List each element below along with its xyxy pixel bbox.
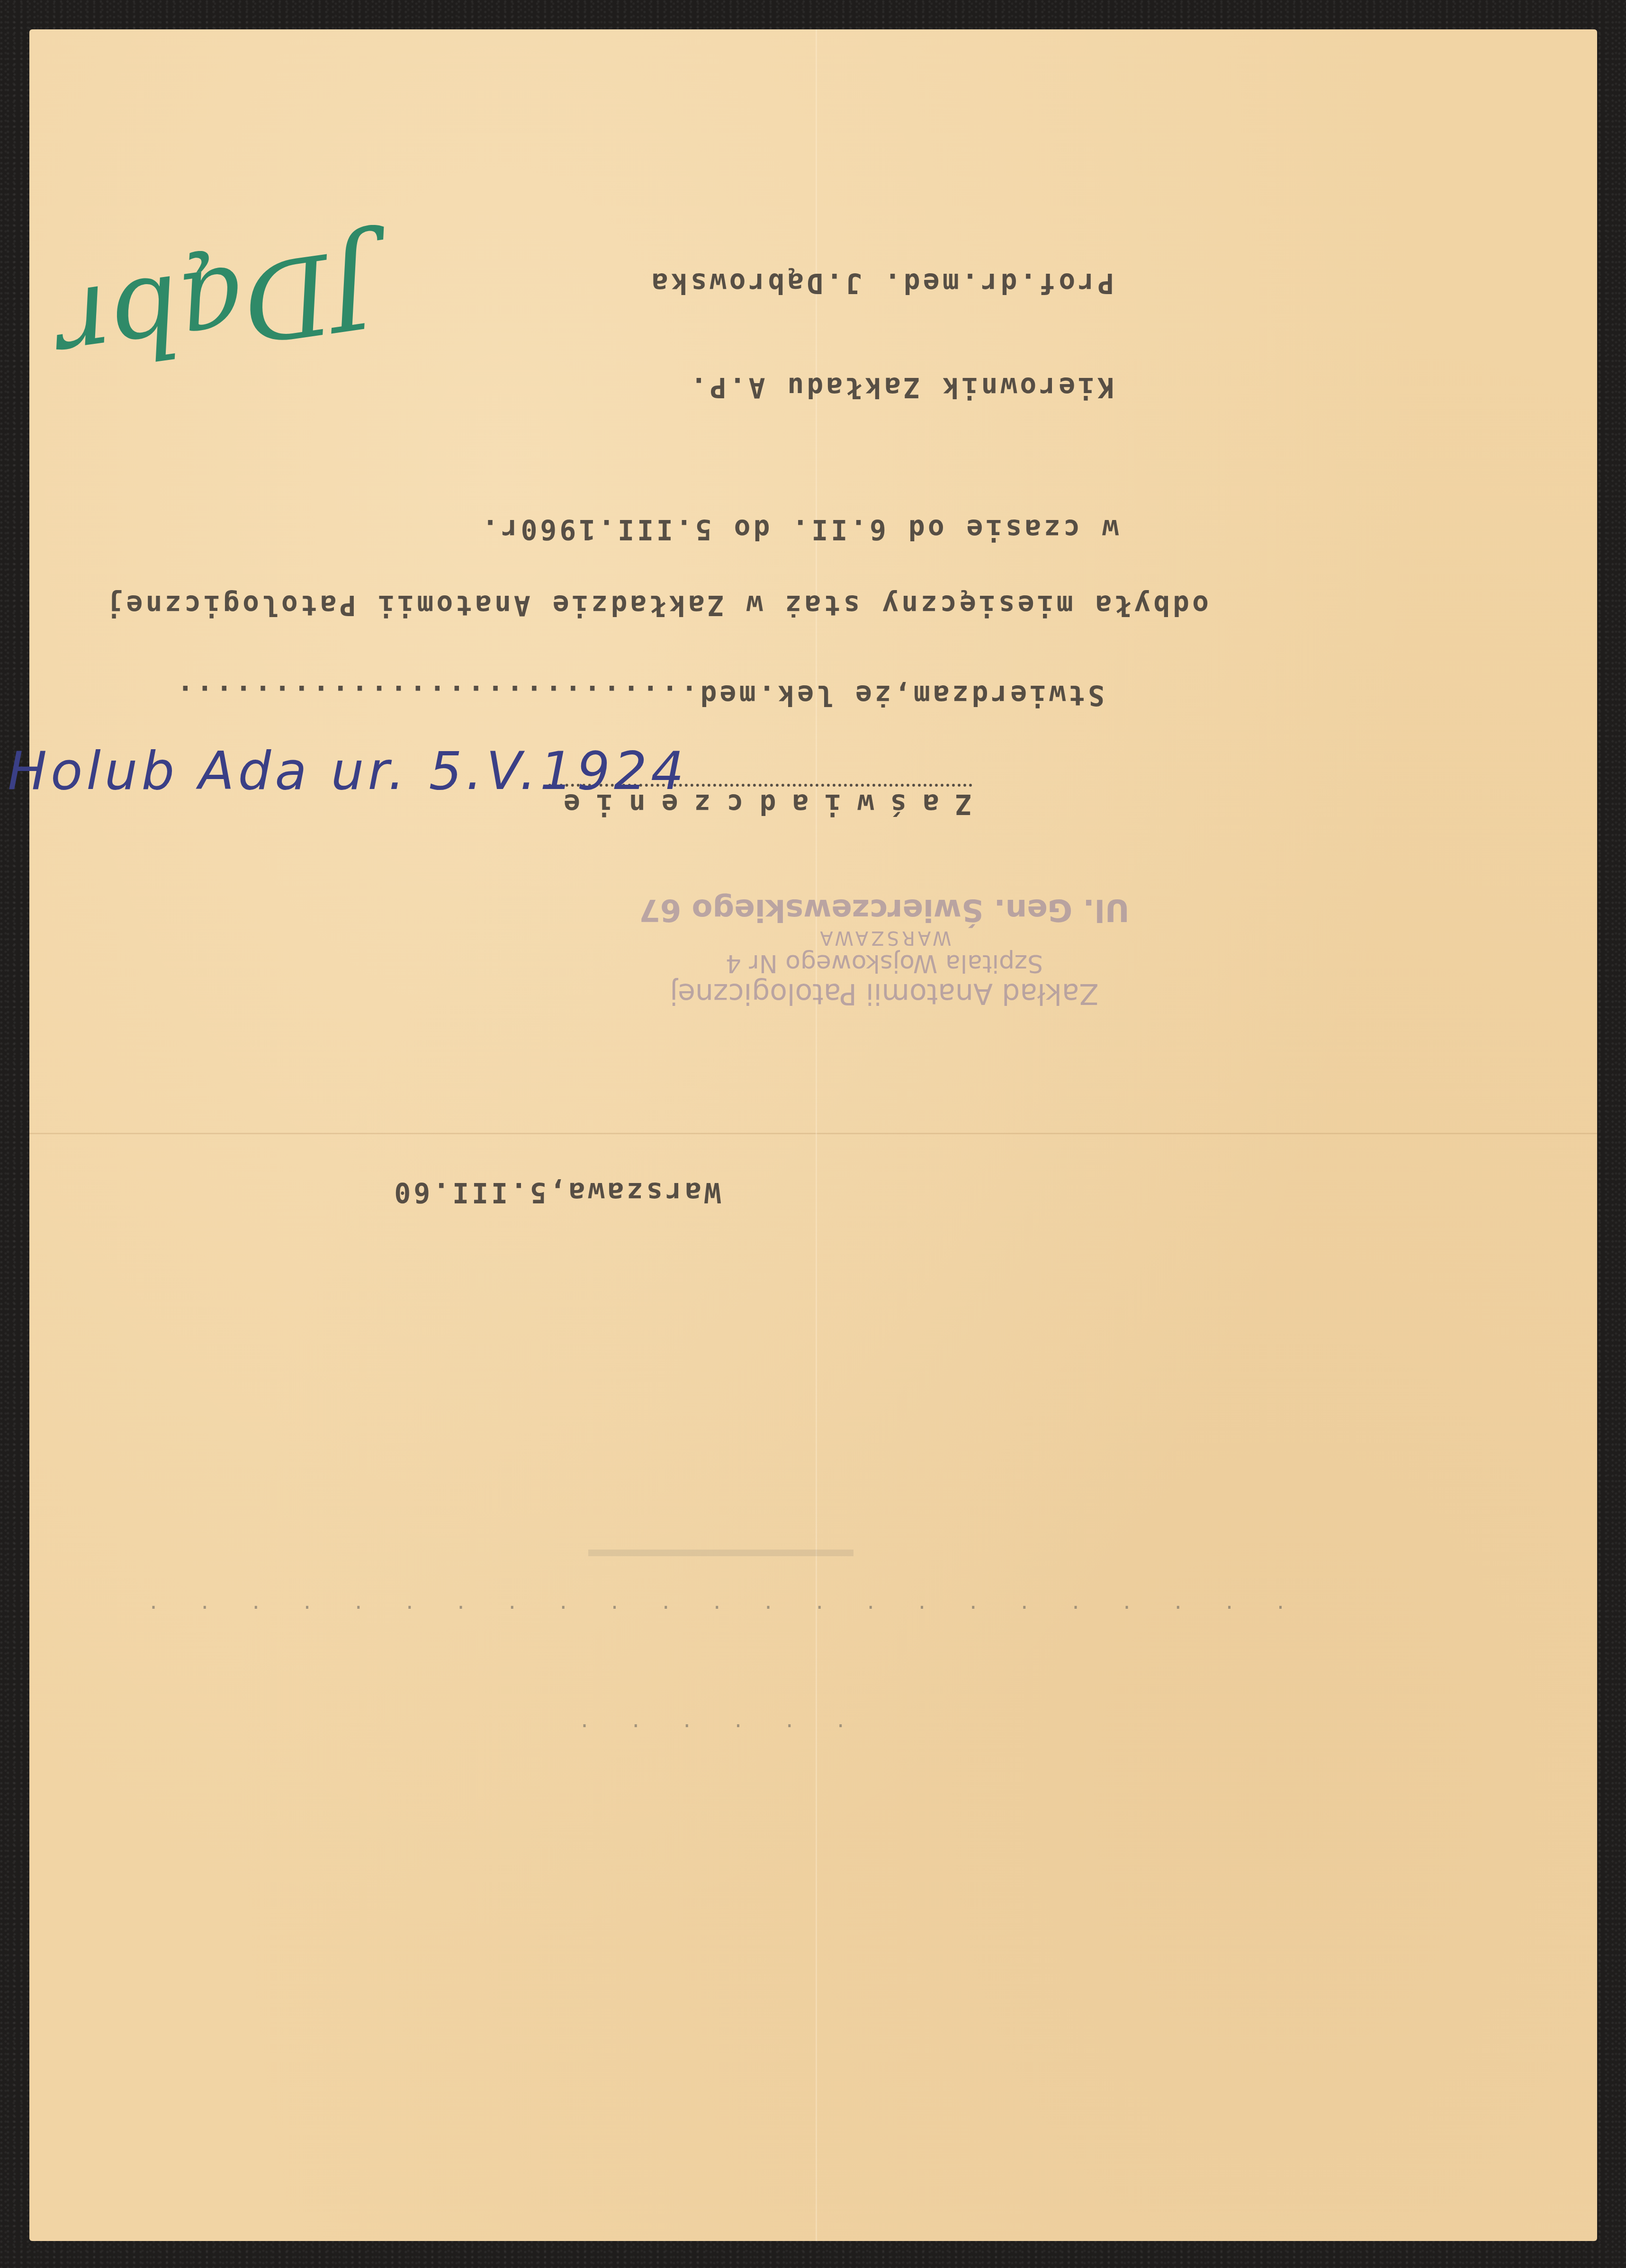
handwritten-signature: JDąbr bbox=[50, 223, 383, 392]
signature-name: Prof.dr.med. J.Dąbrowska bbox=[649, 267, 1114, 299]
stamp-line-3: WARSZAWA bbox=[612, 927, 1157, 949]
handwritten-name-and-birthdate: Holub Ada ur. 5.V.1924 bbox=[8, 741, 688, 801]
institution-stamp: Zakład Anatomii Patologicznej Szpitala W… bbox=[612, 892, 1157, 1010]
signature-role: Kierownik Zakładu A.P. bbox=[688, 371, 1114, 403]
body-line-1-dots: .......................... bbox=[174, 679, 678, 711]
scanned-document-page: · · · · · · · · · · · · · · · · · · · · … bbox=[29, 29, 1597, 2241]
place-date: Warszawa,5.III.60 bbox=[391, 1176, 721, 1209]
stamp-line-4: Ul. Gen. Świerczewskiego 67 bbox=[612, 892, 1157, 927]
rotated-content-layer: Warszawa,5.III.60 Zakład Anatomii Patolo… bbox=[29, 29, 1597, 2241]
stamp-line-2: Szpitala Wojskowego Nr 4 bbox=[612, 949, 1157, 977]
stamp-line-1: Zakład Anatomii Patologicznej bbox=[612, 977, 1157, 1010]
body-line-2: odbyła miesięczny staż w Zakładzie Anato… bbox=[104, 589, 1209, 621]
body-line-1-prefix: Stwierdzam,że lek.med. bbox=[678, 679, 1105, 711]
body-line-1: Stwierdzam,że lek.med...................… bbox=[174, 679, 1105, 711]
body-line-3: w czasie od 6.II. do 5.III.1960r. bbox=[479, 513, 1119, 546]
